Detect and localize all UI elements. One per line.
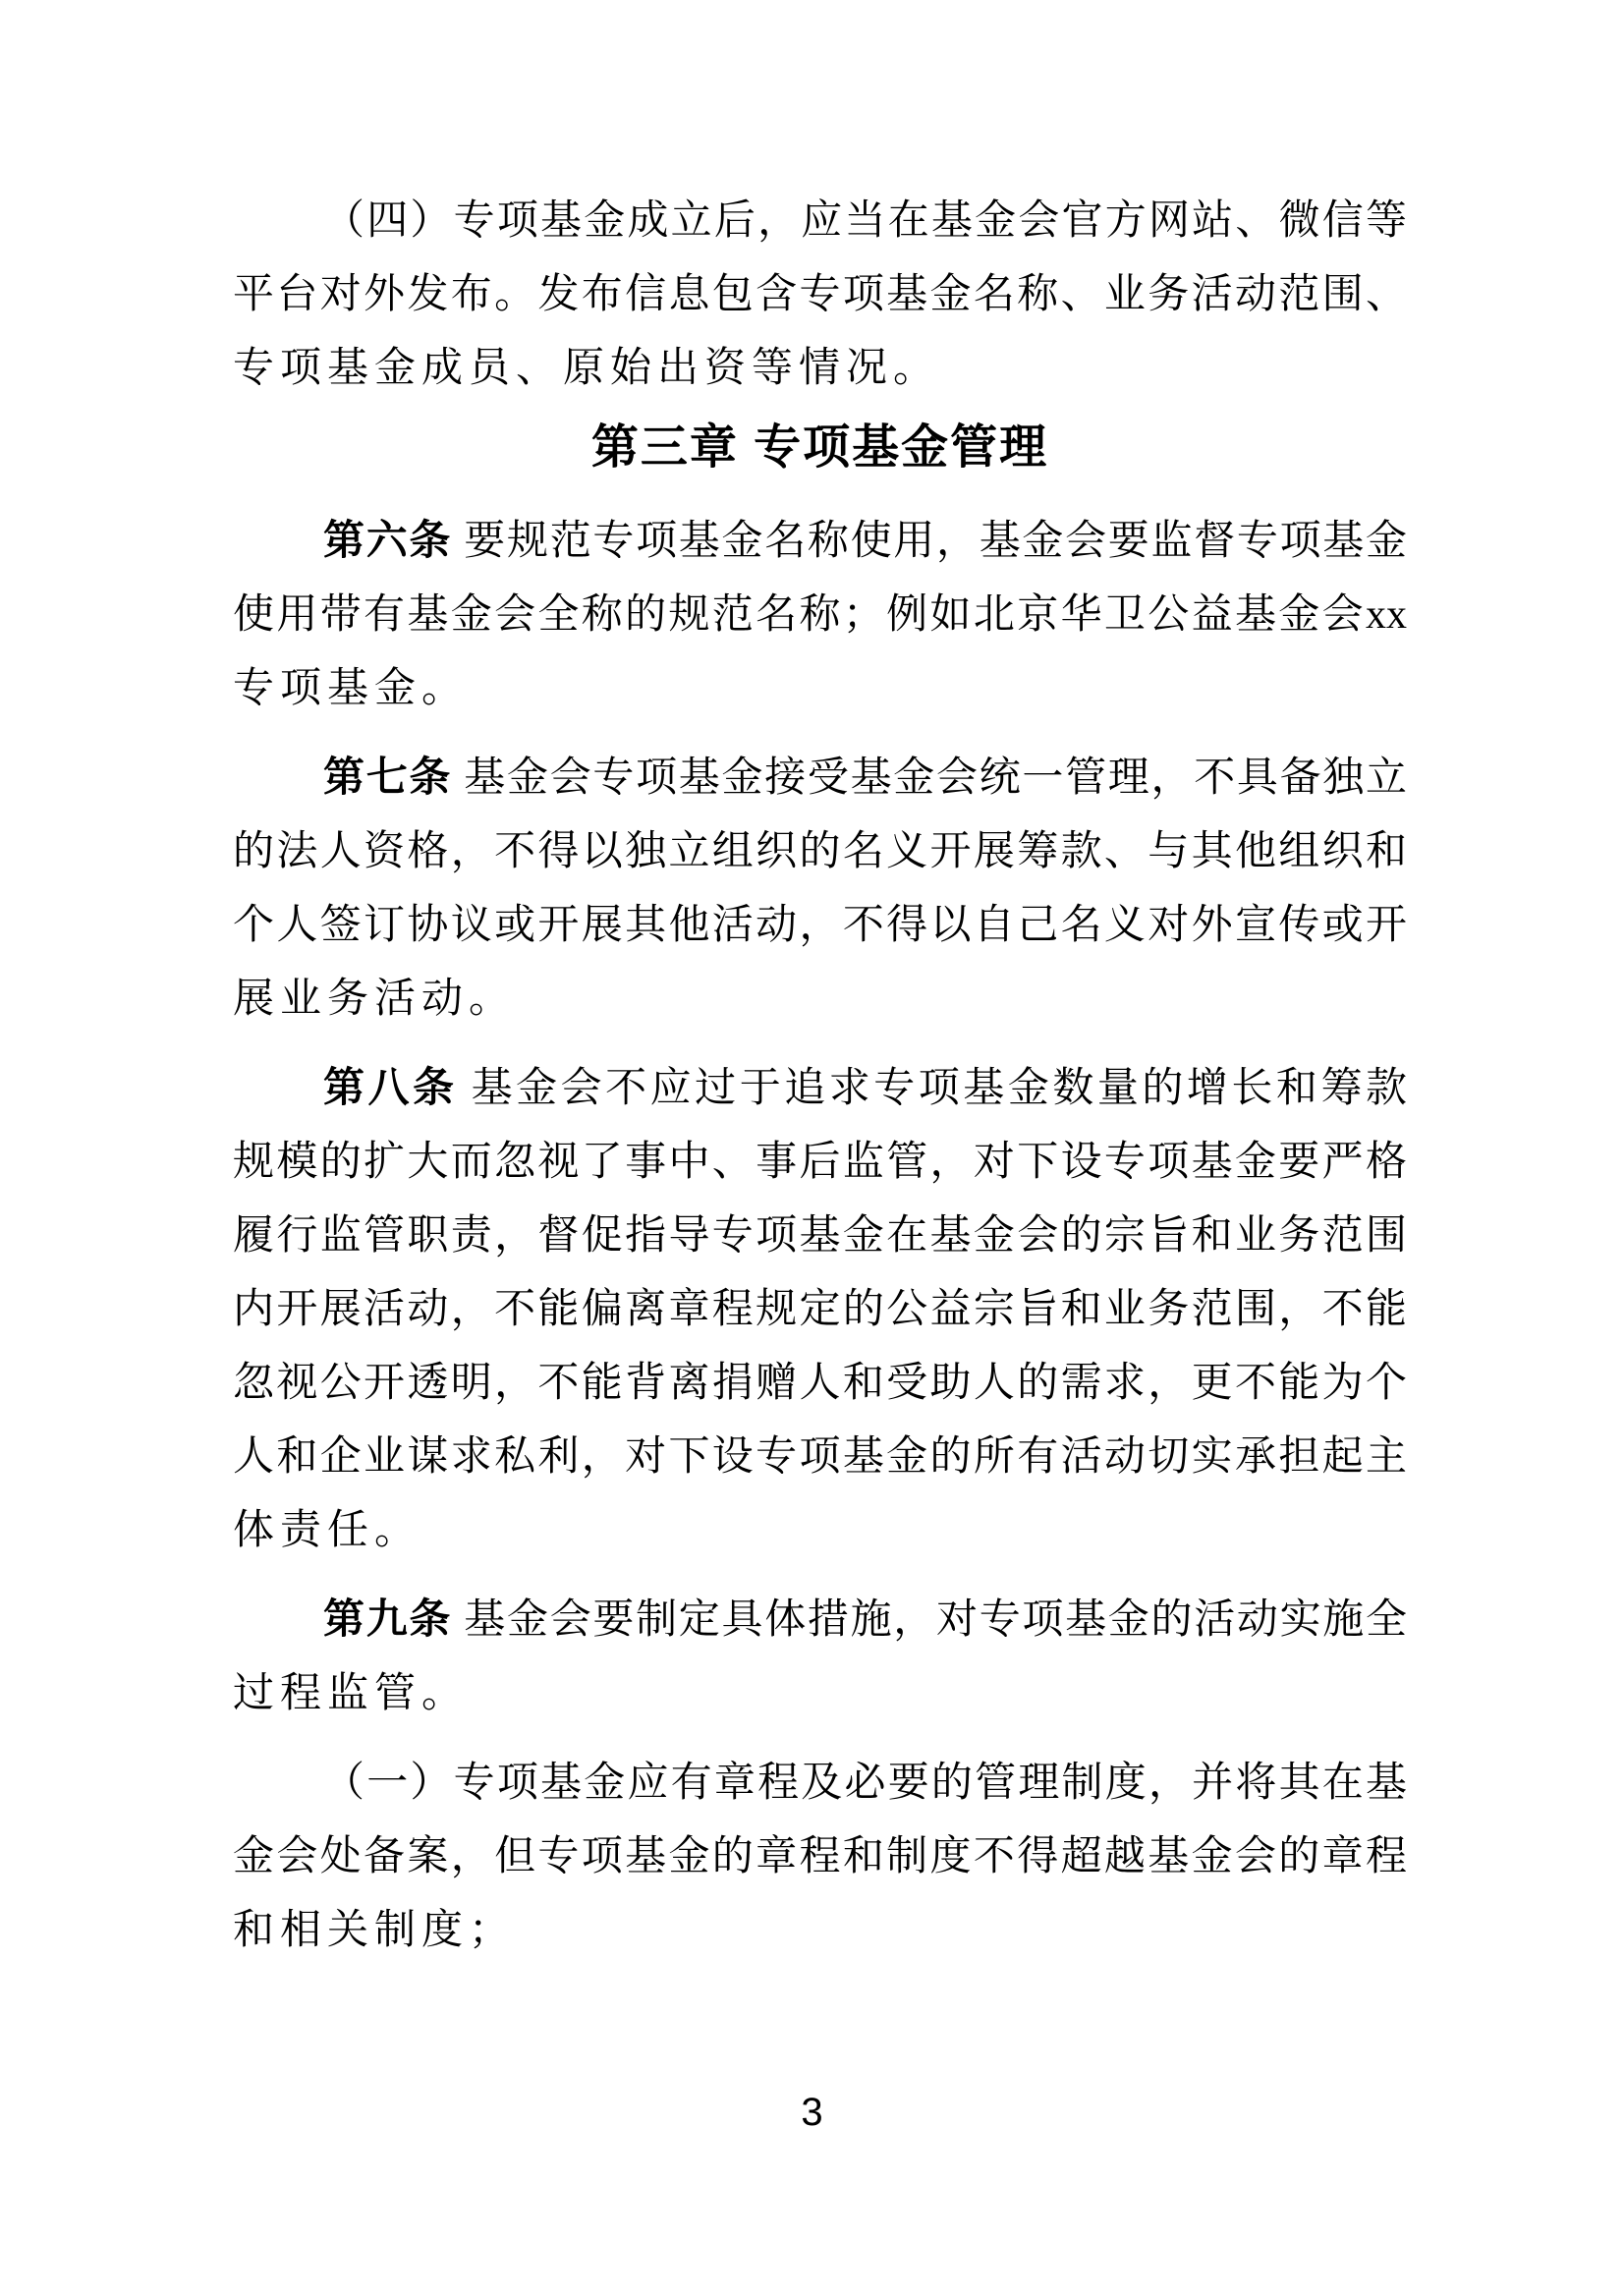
- text-line: 第九条 基金会要制定具体措施，对专项基金的活动实施全: [233, 1584, 1407, 1657]
- text-line: 第六条 要规范专项基金名称使用，基金会要监督专项基金: [233, 505, 1407, 579]
- paragraph: 第七条 基金会专项基金接受基金会统一管理，不具备独立的法人资格，不得以独立组织的…: [233, 742, 1407, 1036]
- text-line: 人和企业谋求私利，对下设专项基金的所有活动切实承担起主: [233, 1421, 1407, 1494]
- document-page: （四）专项基金成立后，应当在基金会官方网站、微信等平台对外发布。发布信息包含专项…: [0, 0, 1624, 2296]
- article-number: 第九条: [323, 1597, 452, 1643]
- paragraph: （一）专项基金应有章程及必要的管理制度，并将其在基金会处备案，但专项基金的章程和…: [233, 1747, 1407, 1968]
- text-line: 个人签订协议或开展其他活动，不得以自己名义对外宣传或开: [233, 889, 1407, 963]
- line-text: 基金会不应过于追求专项基金数量的增长和筹款: [458, 1066, 1407, 1111]
- page-number: 3: [0, 2089, 1624, 2136]
- text-line: 履行监管职责，督促指导专项基金在基金会的宗旨和业务范围: [233, 1200, 1407, 1273]
- line-text: 要规范专项基金名称使用，基金会要监督专项基金: [452, 519, 1407, 564]
- paragraph: （四）专项基金成立后，应当在基金会官方网站、微信等平台对外发布。发布信息包含专项…: [233, 185, 1407, 406]
- article-number: 第八条: [323, 1066, 458, 1111]
- text-line: 使用带有基金会全称的规范名称；例如北京华卫公益基金会xx: [233, 579, 1407, 652]
- chapter-heading: 第三章 专项基金管理: [233, 406, 1407, 489]
- article-number: 第六条: [323, 519, 452, 564]
- text-line: （四）专项基金成立后，应当在基金会官方网站、微信等: [233, 185, 1407, 258]
- line-text: 基金会专项基金接受基金会统一管理，不具备独立: [452, 756, 1407, 801]
- text-line: 和相关制度；: [233, 1894, 1407, 1968]
- text-line: 忽视公开透明，不能背离捐赠人和受助人的需求，更不能为个: [233, 1347, 1407, 1421]
- text-line: 规模的扩大而忽视了事中、事后监管，对下设专项基金要严格: [233, 1126, 1407, 1200]
- text-line: 专项基金成员、原始出资等情况。: [233, 332, 1407, 406]
- text-line: （一）专项基金应有章程及必要的管理制度，并将其在基: [233, 1747, 1407, 1820]
- text-line: 第七条 基金会专项基金接受基金会统一管理，不具备独立: [233, 742, 1407, 815]
- text-line: 第八条 基金会不应过于追求专项基金数量的增长和筹款: [233, 1052, 1407, 1126]
- text-line: 平台对外发布。发布信息包含专项基金名称、业务活动范围、: [233, 258, 1407, 332]
- line-text: 基金会要制定具体措施，对专项基金的活动实施全: [452, 1597, 1407, 1643]
- text-line: 过程监管。: [233, 1657, 1407, 1731]
- text-line: 专项基金。: [233, 652, 1407, 726]
- paragraph: 第九条 基金会要制定具体措施，对专项基金的活动实施全过程监管。: [233, 1584, 1407, 1731]
- text-line: 金会处备案，但专项基金的章程和制度不得超越基金会的章程: [233, 1820, 1407, 1894]
- text-line: 体责任。: [233, 1494, 1407, 1568]
- text-line: 展业务活动。: [233, 963, 1407, 1036]
- article-number: 第七条: [323, 756, 452, 801]
- text-line: 的法人资格，不得以独立组织的名义开展筹款、与其他组织和: [233, 815, 1407, 889]
- paragraph: 第六条 要规范专项基金名称使用，基金会要监督专项基金使用带有基金会全称的规范名称…: [233, 505, 1407, 726]
- text-line: 内开展活动，不能偏离章程规定的公益宗旨和业务范围，不能: [233, 1273, 1407, 1347]
- document-body: （四）专项基金成立后，应当在基金会官方网站、微信等平台对外发布。发布信息包含专项…: [233, 185, 1407, 1968]
- paragraph: 第八条 基金会不应过于追求专项基金数量的增长和筹款规模的扩大而忽视了事中、事后监…: [233, 1052, 1407, 1568]
